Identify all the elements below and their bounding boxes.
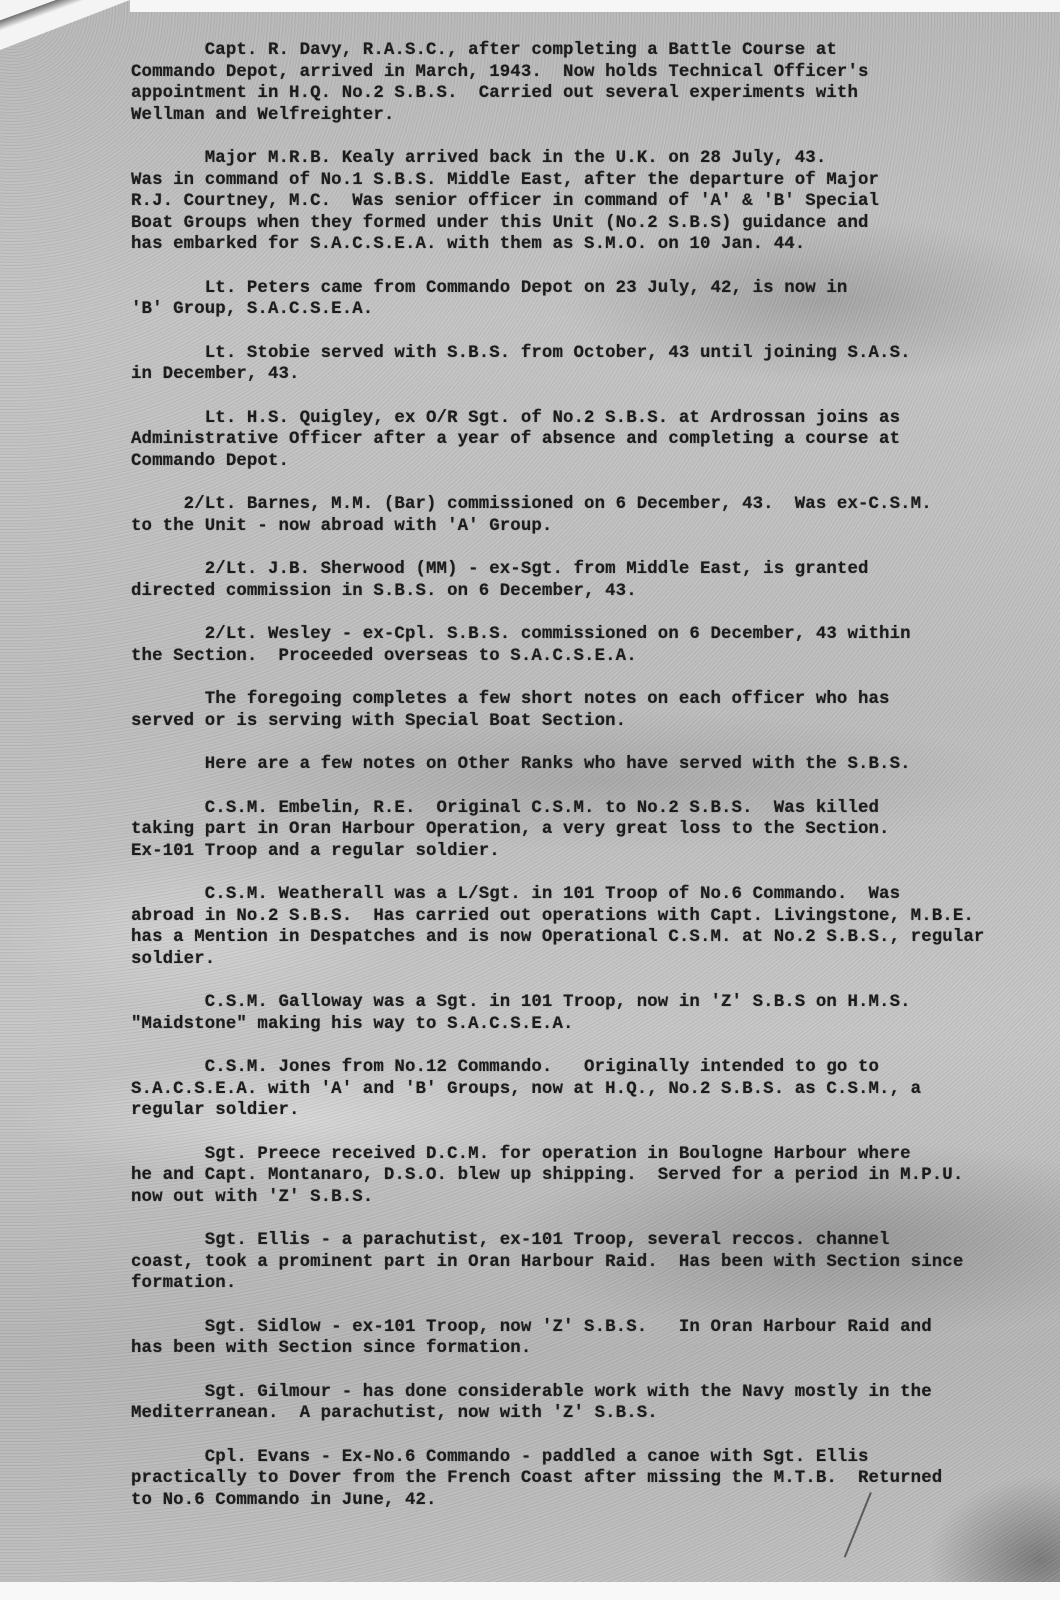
- text-line: 2/Lt. J.B. Sherwood (MM) - ex-Sgt. from …: [131, 559, 1011, 581]
- text-line: he and Capt. Montanaro, D.S.O. blew up s…: [131, 1165, 1011, 1187]
- paragraph-peters: Lt. Peters came from Commando Depot on 2…: [131, 278, 1011, 321]
- paragraph-evans: Cpl. Evans - Ex-No.6 Commando - paddled …: [131, 1447, 1011, 1512]
- text-line: taking part in Oran Harbour Operation, a…: [131, 819, 1011, 841]
- text-line: Lt. Stobie served with S.B.S. from Octob…: [131, 343, 1011, 365]
- text-line: the Section. Proceeded overseas to S.A.C…: [131, 646, 1011, 668]
- text-line: 'B' Group, S.A.C.S.E.A.: [131, 299, 1011, 321]
- scan-bottom-margin: [0, 1582, 1060, 1600]
- text-line: regular soldier.: [131, 1100, 1011, 1122]
- text-line: Administrative Officer after a year of a…: [131, 429, 1011, 451]
- paragraph-gilmour: Sgt. Gilmour - has done considerable wor…: [131, 1382, 1011, 1425]
- text-line: now out with 'Z' S.B.S.: [131, 1187, 1011, 1209]
- text-line: 2/Lt. Barnes, M.M. (Bar) commissioned on…: [131, 494, 1011, 516]
- text-line: to the Unit - now abroad with 'A' Group.: [131, 516, 1011, 538]
- text-line: has a Mention in Despatches and is now O…: [131, 927, 1011, 949]
- text-line: Boat Groups when they formed under this …: [131, 213, 1011, 235]
- paragraph-ellis: Sgt. Ellis - a parachutist, ex-101 Troop…: [131, 1230, 1011, 1295]
- text-line: C.S.M. Galloway was a Sgt. in 101 Troop,…: [131, 992, 1011, 1014]
- text-line: Lt. H.S. Quigley, ex O/R Sgt. of No.2 S.…: [131, 408, 1011, 430]
- text-line: Sgt. Gilmour - has done considerable wor…: [131, 1382, 1011, 1404]
- text-line: Commando Depot, arrived in March, 1943. …: [131, 62, 1011, 84]
- paragraph-sherwood: 2/Lt. J.B. Sherwood (MM) - ex-Sgt. from …: [131, 559, 1011, 602]
- text-line: Sgt. Ellis - a parachutist, ex-101 Troop…: [131, 1230, 1011, 1252]
- text-line: Capt. R. Davy, R.A.S.C., after completin…: [131, 40, 1011, 62]
- text-line: The foregoing completes a few short note…: [131, 689, 1011, 711]
- paragraph-galloway: C.S.M. Galloway was a Sgt. in 101 Troop,…: [131, 992, 1011, 1035]
- paragraph-stobie: Lt. Stobie served with S.B.S. from Octob…: [131, 343, 1011, 386]
- document-page: Capt. R. Davy, R.A.S.C., after completin…: [0, 0, 1060, 1588]
- text-line: Ex-101 Troop and a regular soldier.: [131, 841, 1011, 863]
- text-line: Was in command of No.1 S.B.S. Middle Eas…: [131, 170, 1011, 192]
- paragraph-preece: Sgt. Preece received D.C.M. for operatio…: [131, 1144, 1011, 1209]
- scan-top-margin: [130, 0, 1060, 12]
- text-line: Cpl. Evans - Ex-No.6 Commando - paddled …: [131, 1447, 1011, 1469]
- paragraph-weatherall: C.S.M. Weatherall was a L/Sgt. in 101 Tr…: [131, 884, 1011, 970]
- text-line: soldier.: [131, 949, 1011, 971]
- paragraph-wesley: 2/Lt. Wesley - ex-Cpl. S.B.S. commission…: [131, 624, 1011, 667]
- paragraph-embelin: C.S.M. Embelin, R.E. Original C.S.M. to …: [131, 798, 1011, 863]
- text-line: formation.: [131, 1273, 1011, 1295]
- text-line: C.S.M. Jones from No.12 Commando. Origin…: [131, 1057, 1011, 1079]
- paragraph-foregoing: The foregoing completes a few short note…: [131, 689, 1011, 732]
- text-line: Sgt. Preece received D.C.M. for operatio…: [131, 1144, 1011, 1166]
- text-line: Major M.R.B. Kealy arrived back in the U…: [131, 148, 1011, 170]
- text-line: Mediterranean. A parachutist, now with '…: [131, 1403, 1011, 1425]
- text-line: Commando Depot.: [131, 451, 1011, 473]
- text-line: coast, took a prominent part in Oran Har…: [131, 1252, 1011, 1274]
- text-line: appointment in H.Q. No.2 S.B.S. Carried …: [131, 83, 1011, 105]
- text-line: has embarked for S.A.C.S.E.A. with them …: [131, 234, 1011, 256]
- text-line: Here are a few notes on Other Ranks who …: [131, 754, 1011, 776]
- text-line: in December, 43.: [131, 364, 1011, 386]
- typewritten-text: Capt. R. Davy, R.A.S.C., after completin…: [131, 40, 1011, 1511]
- text-line: Lt. Peters came from Commando Depot on 2…: [131, 278, 1011, 300]
- text-line: C.S.M. Embelin, R.E. Original C.S.M. to …: [131, 798, 1011, 820]
- text-line: R.J. Courtney, M.C. Was senior officer i…: [131, 191, 1011, 213]
- text-line: has been with Section since formation.: [131, 1338, 1011, 1360]
- paragraph-quigley: Lt. H.S. Quigley, ex O/R Sgt. of No.2 S.…: [131, 408, 1011, 473]
- text-line: S.A.C.S.E.A. with 'A' and 'B' Groups, no…: [131, 1079, 1011, 1101]
- paragraph-davy: Capt. R. Davy, R.A.S.C., after completin…: [131, 40, 1011, 126]
- paragraph-kealy: Major M.R.B. Kealy arrived back in the U…: [131, 148, 1011, 256]
- text-line: C.S.M. Weatherall was a L/Sgt. in 101 Tr…: [131, 884, 1011, 906]
- paragraph-other-ranks: Here are a few notes on Other Ranks who …: [131, 754, 1011, 776]
- paragraph-sidlow: Sgt. Sidlow - ex-101 Troop, now 'Z' S.B.…: [131, 1317, 1011, 1360]
- text-line: "Maidstone" making his way to S.A.C.S.E.…: [131, 1014, 1011, 1036]
- text-line: abroad in No.2 S.B.S. Has carried out op…: [131, 906, 1011, 928]
- folded-corner: [0, 0, 130, 50]
- paragraph-jones: C.S.M. Jones from No.12 Commando. Origin…: [131, 1057, 1011, 1122]
- text-line: practically to Dover from the French Coa…: [131, 1468, 1011, 1490]
- text-line: directed commission in S.B.S. on 6 Decem…: [131, 581, 1011, 603]
- text-line: Wellman and Welfreighter.: [131, 105, 1011, 127]
- text-line: Sgt. Sidlow - ex-101 Troop, now 'Z' S.B.…: [131, 1317, 1011, 1339]
- text-line: to No.6 Commando in June, 42.: [131, 1490, 1011, 1512]
- paragraph-barnes: 2/Lt. Barnes, M.M. (Bar) commissioned on…: [131, 494, 1011, 537]
- text-line: served or is serving with Special Boat S…: [131, 711, 1011, 733]
- text-line: 2/Lt. Wesley - ex-Cpl. S.B.S. commission…: [131, 624, 1011, 646]
